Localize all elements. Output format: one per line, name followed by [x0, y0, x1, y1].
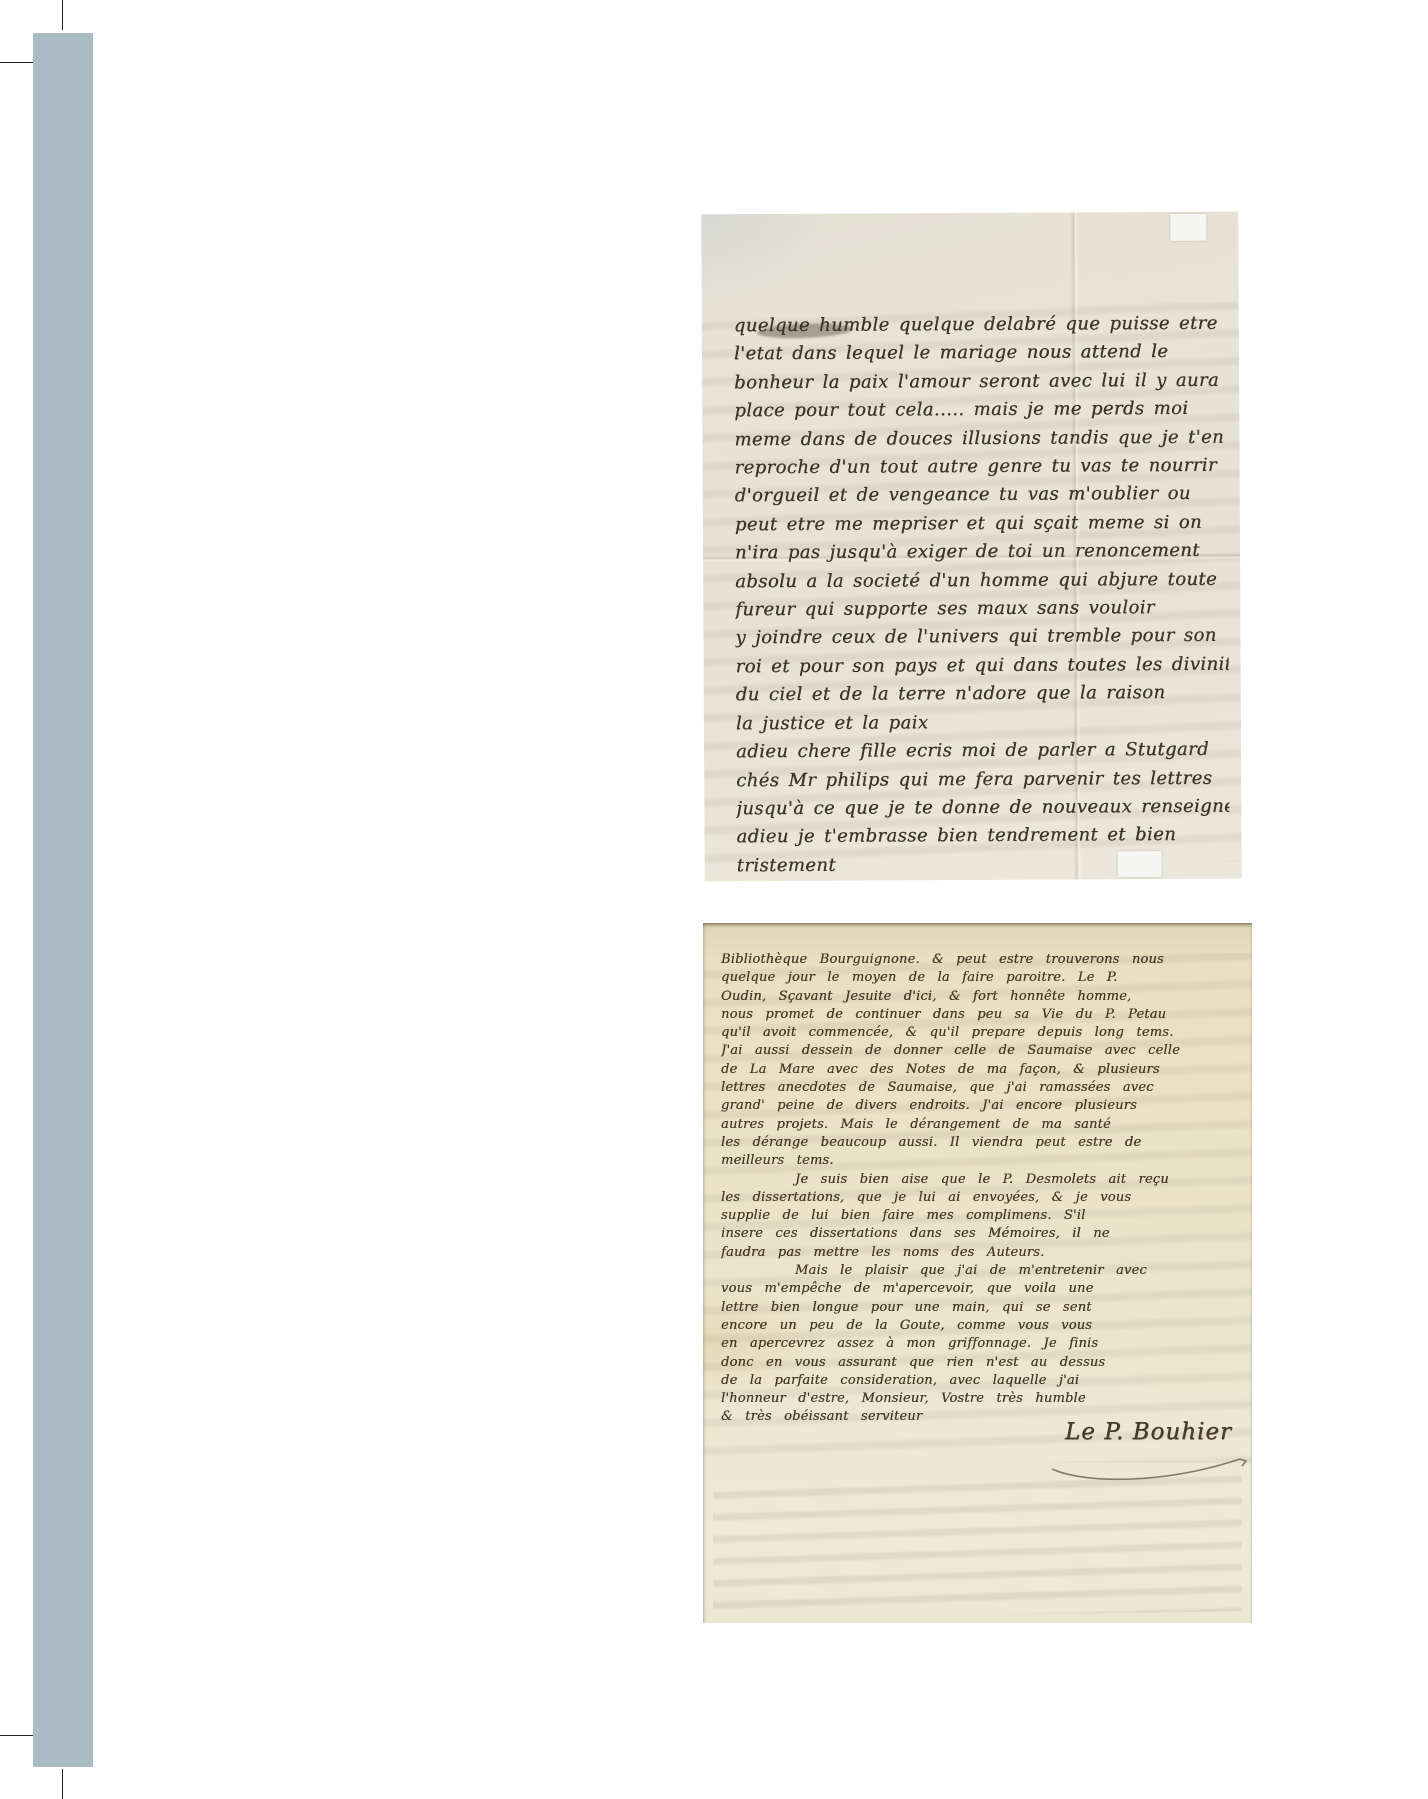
manuscript-line: tristement	[737, 849, 1230, 880]
manuscript-line: autres projets. Mais le dérangement de m…	[721, 1116, 1238, 1134]
manuscript-line: chés Mr philips qui me fera parvenir tes…	[736, 764, 1229, 795]
manuscript-line: faudra pas mettre les noms des Auteurs.	[721, 1244, 1238, 1262]
manuscript-line: adieu chere fille ecris moi de parler a …	[736, 736, 1229, 767]
tape-patch-top-right	[1170, 214, 1206, 241]
manuscript-line: du ciel et de la terre n'adore que la ra…	[736, 679, 1229, 710]
manuscript-line: meme dans de douces illusions tandis que…	[734, 423, 1227, 454]
manuscript-line: la justice et la paix	[736, 707, 1229, 738]
manuscript-line: bonheur la paix l'amour seront avec lui …	[734, 366, 1227, 397]
manuscript-letter-2: Bibliothèque Bourguignone. & peut estre …	[703, 923, 1252, 1623]
manuscript-line: quelque humble quelque delabré que puiss…	[734, 310, 1227, 341]
manuscript-line: quelque jour le moyen de la faire paroit…	[721, 969, 1238, 987]
margin-accent-bar	[33, 33, 93, 1767]
manuscript-line: nous promet de continuer dans peu sa Vie…	[721, 1006, 1238, 1024]
manuscript-line: encore un peu de la Goute, comme vous vo…	[721, 1317, 1238, 1335]
verso-bleedthrough-area	[713, 1471, 1242, 1618]
manuscript-line: roi et pour son pays et qui dans toutes …	[736, 651, 1229, 682]
crop-mark-top-horizontal	[0, 62, 33, 63]
manuscript-letter-1: quelque humble quelque delabré que puiss…	[701, 212, 1241, 882]
manuscript-line: vous m'empêche de m'apercevoir, que voil…	[721, 1280, 1238, 1298]
manuscript-line: Oudin, Sçavant Jesuite d'ici, & fort hon…	[721, 988, 1238, 1006]
manuscript-line: J'ai aussi dessein de donner celle de Sa…	[721, 1042, 1238, 1060]
manuscript-line: supplie de lui bien faire mes complimens…	[721, 1207, 1238, 1225]
manuscript-text-block: Bibliothèque Bourguignone. & peut estre …	[721, 951, 1238, 1427]
signature: Le P. Bouhier	[1065, 1419, 1232, 1445]
manuscript-line: l'etat dans lequel le mariage nous atten…	[734, 338, 1227, 369]
manuscript-line: insere ces dissertations dans ses Mémoir…	[721, 1225, 1238, 1243]
manuscript-line: de La Mare avec des Notes de ma façon, &…	[721, 1061, 1238, 1079]
manuscript-line: fureur qui supporte ses maux sans vouloi…	[735, 594, 1228, 625]
manuscript-line: n'ira pas jusqu'à exiger de toi un renon…	[735, 537, 1228, 568]
manuscript-line: absolu a la societé d'un homme qui abjur…	[735, 565, 1228, 596]
manuscript-line: adieu je t'embrasse bien tendrement et b…	[736, 821, 1229, 852]
manuscript-line: en apercevrez assez à mon griffonnage. J…	[721, 1335, 1238, 1353]
manuscript-line: lettre bien longue pour une main, qui se…	[721, 1299, 1238, 1317]
crop-mark-bottom-vertical	[62, 1769, 63, 1799]
manuscript-line: meilleurs tems.	[721, 1152, 1238, 1170]
manuscript-line: Bibliothèque Bourguignone. & peut estre …	[721, 951, 1238, 969]
crop-mark-bottom-horizontal	[0, 1735, 33, 1736]
manuscript-line: de la parfaite consideration, avec laque…	[721, 1372, 1238, 1390]
manuscript-line: lettres anecdotes de Saumaise, que j'ai …	[721, 1079, 1238, 1097]
manuscript-line: les dérange beaucoup aussi. Il viendra p…	[721, 1134, 1238, 1152]
manuscript-line: donc en vous assurant que rien n'est au …	[721, 1354, 1238, 1372]
manuscript-line: d'orgueil et de vengeance tu vas m'oubli…	[735, 480, 1228, 511]
manuscript-text-block: quelque humble quelque delabré que puiss…	[734, 310, 1230, 881]
manuscript-line: place pour tout cela..... mais je me per…	[734, 395, 1227, 426]
manuscript-line: grand' peine de divers endroits. J'ai en…	[721, 1097, 1238, 1115]
book-page: quelque humble quelque delabré que puiss…	[0, 0, 1428, 1799]
manuscript-line: jusqu'à ce que je te donne de nouveaux r…	[736, 793, 1229, 824]
manuscript-line: peut etre me mepriser et qui sçait meme …	[735, 509, 1228, 540]
manuscript-line: y joindre ceux de l'univers qui tremble …	[735, 622, 1228, 653]
manuscript-line: reproche d'un tout autre genre tu vas te…	[735, 452, 1228, 483]
manuscript-line: l'honneur d'estre, Monsieur, Vostre très…	[721, 1390, 1238, 1408]
manuscript-line: qu'il avoit commencée, & qu'il prepare d…	[721, 1024, 1238, 1042]
manuscript-line: Mais le plaisir que j'ai de m'entretenir…	[721, 1262, 1238, 1280]
manuscript-line: les dissertations, que je lui ai envoyée…	[721, 1189, 1238, 1207]
crop-mark-top-vertical	[62, 0, 63, 30]
manuscript-line: Je suis bien aise que le P. Desmolets ai…	[721, 1171, 1238, 1189]
